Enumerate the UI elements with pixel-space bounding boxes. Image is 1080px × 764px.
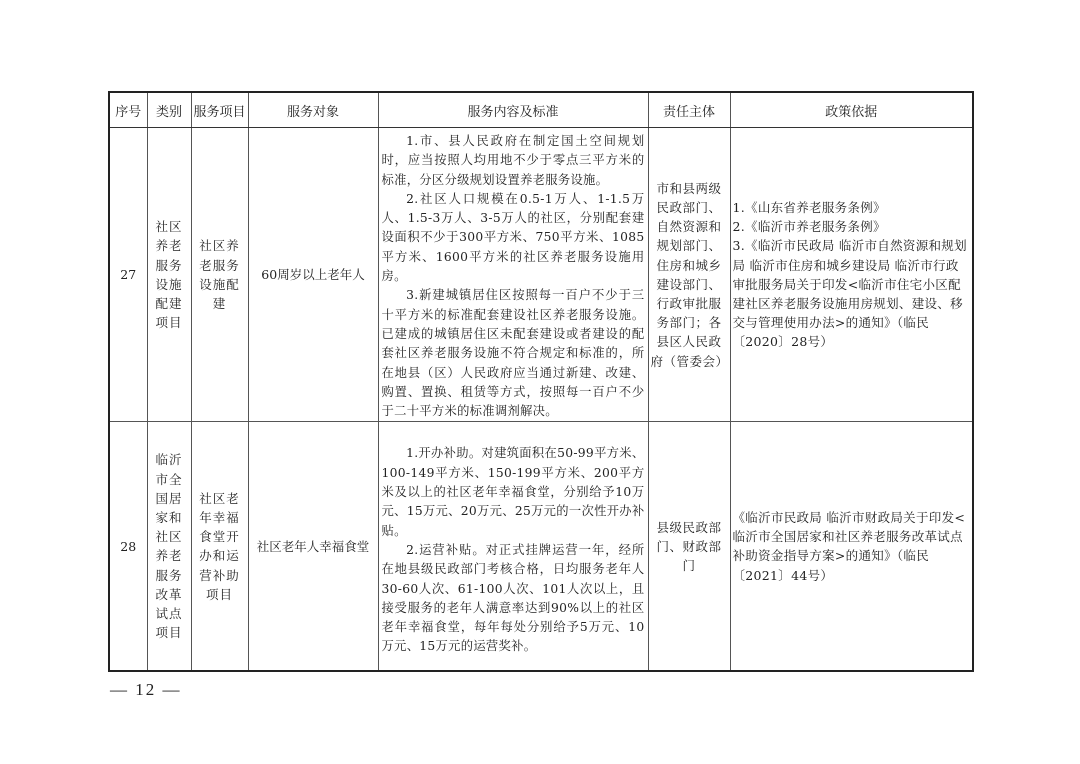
- header-category: 类别: [147, 92, 191, 128]
- row-item: 社区老年幸福食堂开办和运营补助项目: [191, 422, 248, 672]
- content-paragraph: 1.开办补助。对建筑面积在50-99平方米、100-149平方米、150-199…: [382, 444, 645, 540]
- page-number: — 12 —: [110, 680, 182, 700]
- content-paragraph: 1.市、县人民政府在制定国土空间规划时，应当按照人均用地不少于零点三平方米的标准…: [382, 132, 645, 190]
- row-target: 社区老年人幸福食堂: [248, 422, 378, 672]
- row-target: 60周岁以上老年人: [248, 128, 378, 422]
- content-paragraph: 3.新建城镇居住区按照每一百户不少于三十平方米的标准配套建设社区养老服务设施。已…: [382, 286, 645, 421]
- header-no: 序号: [109, 92, 147, 128]
- row-content: 1.开办补助。对建筑面积在50-99平方米、100-149平方米、150-199…: [378, 422, 648, 672]
- header-responsible: 责任主体: [648, 92, 730, 128]
- row-policy: 1.《山东省养老服务条例》 2.《临沂市养老服务条例》 3.《临沂市民政局 临沂…: [730, 128, 973, 422]
- row-responsible: 县级民政部门、财政部门: [648, 422, 730, 672]
- row-number: 27: [109, 128, 147, 422]
- header-policy: 政策依据: [730, 92, 973, 128]
- row-number: 28: [109, 422, 147, 672]
- policy-line: 3.《临沂市民政局 临沂市自然资源和规划局 临沂市住房和城乡建设局 临沂市行政审…: [733, 236, 971, 351]
- policy-line: 2.《临沂市养老服务条例》: [733, 217, 971, 236]
- row-policy: 《临沂市民政局 临沂市财政局关于印发<临沂市全国居家和社区养老服务改革试点补助资…: [730, 422, 973, 672]
- row-item: 社区养老服务设施配建: [191, 128, 248, 422]
- header-item: 服务项目: [191, 92, 248, 128]
- header-content: 服务内容及标准: [378, 92, 648, 128]
- row-category: 临沂市全国居家和社区养老服务改革试点项目: [147, 422, 191, 672]
- row-content: 1.市、县人民政府在制定国土空间规划时，应当按照人均用地不少于零点三平方米的标准…: [378, 128, 648, 422]
- policy-line: 《临沂市民政局 临沂市财政局关于印发<临沂市全国居家和社区养老服务改革试点补助资…: [733, 508, 971, 585]
- table-row: 27 社区养老服务设施配建项目 社区养老服务设施配建 60周岁以上老年人 1.市…: [109, 128, 973, 422]
- content-paragraph: 2.运营补贴。对正式挂牌运营一年，经所在地县级民政部门考核合格，日均服务老年人3…: [382, 541, 645, 657]
- service-table: 序号 类别 服务项目 服务对象 服务内容及标准 责任主体 政策依据 27 社区养…: [108, 91, 974, 672]
- content-paragraph: 2.社区人口规模在0.5-1万人、1-1.5万人、1.5-3万人、3-5万人的社…: [382, 190, 645, 286]
- header-target: 服务对象: [248, 92, 378, 128]
- table-header-row: 序号 类别 服务项目 服务对象 服务内容及标准 责任主体 政策依据: [109, 92, 973, 128]
- table-row: 28 临沂市全国居家和社区养老服务改革试点项目 社区老年幸福食堂开办和运营补助项…: [109, 422, 973, 672]
- row-category: 社区养老服务设施配建项目: [147, 128, 191, 422]
- row-responsible: 市和县两级民政部门、自然资源和规划部门、住房和城乡建设部门、行政审批服务部门；各…: [648, 128, 730, 422]
- policy-line: 1.《山东省养老服务条例》: [733, 198, 971, 217]
